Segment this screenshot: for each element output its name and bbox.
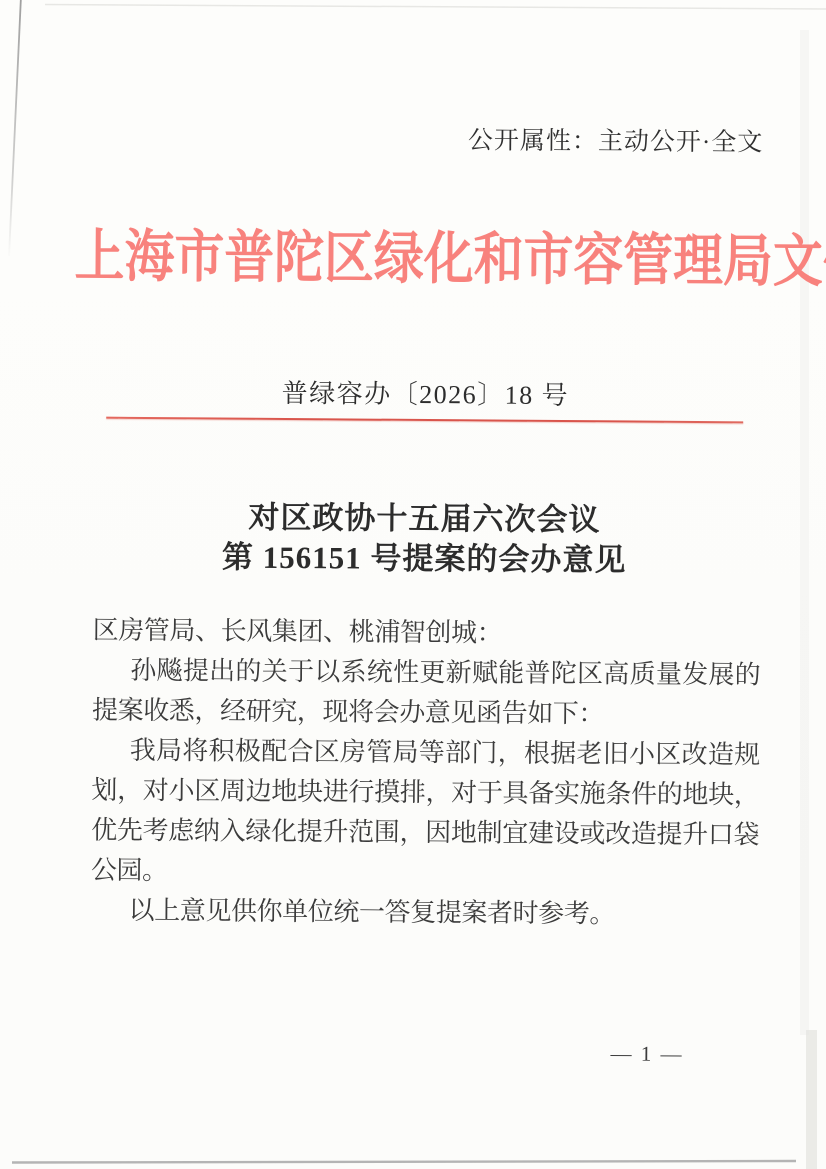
document-reference-number: 普绿容办〔2026〕18 号 — [23, 371, 826, 414]
letterhead-red-rule — [106, 417, 743, 424]
body-paragraph-3: 以上意见供你单位统一答复提案者时参考。 — [90, 891, 758, 936]
document-title: 对区政协十五届六次会议 第 156151 号提案的会办意见 — [22, 496, 826, 582]
page-left-edge-line — [9, 0, 21, 256]
scanned-document-page: 公开属性：主动公开·全文 上海市普陀区绿化和市容管理局文件 普绿容办〔2026〕… — [0, 0, 826, 1169]
document-title-line-2: 第 156151 号提案的会办意见 — [22, 536, 826, 582]
body-paragraph-1: 孙飚提出的关于以系统性更新赋能普陀区高质量发展的提案收悉，经研究，现将会办意见函… — [92, 651, 761, 736]
document-title-line-1: 对区政协十五届六次会议 — [22, 496, 826, 542]
recipients-line: 区房管局、长风集团、桃浦智创城： — [93, 611, 761, 656]
agency-letterhead-title: 上海市普陀区绿化和市容管理局文件 — [74, 223, 778, 296]
document-content: 公开属性：主动公开·全文 上海市普陀区绿化和市容管理局文件 普绿容办〔2026〕… — [18, 0, 826, 1169]
body-paragraph-2: 我局将积极配合区房管局等部门，根据老旧小区改造规划，对小区周边地块进行摸排，对于… — [91, 731, 760, 896]
publicity-attribute-line: 公开属性：主动公开·全文 — [25, 117, 826, 159]
page-number: — 1 — — [610, 1041, 683, 1067]
document-body: 区房管局、长风集团、桃浦智创城： 孙飚提出的关于以系统性更新赋能普陀区高质量发展… — [90, 611, 760, 936]
